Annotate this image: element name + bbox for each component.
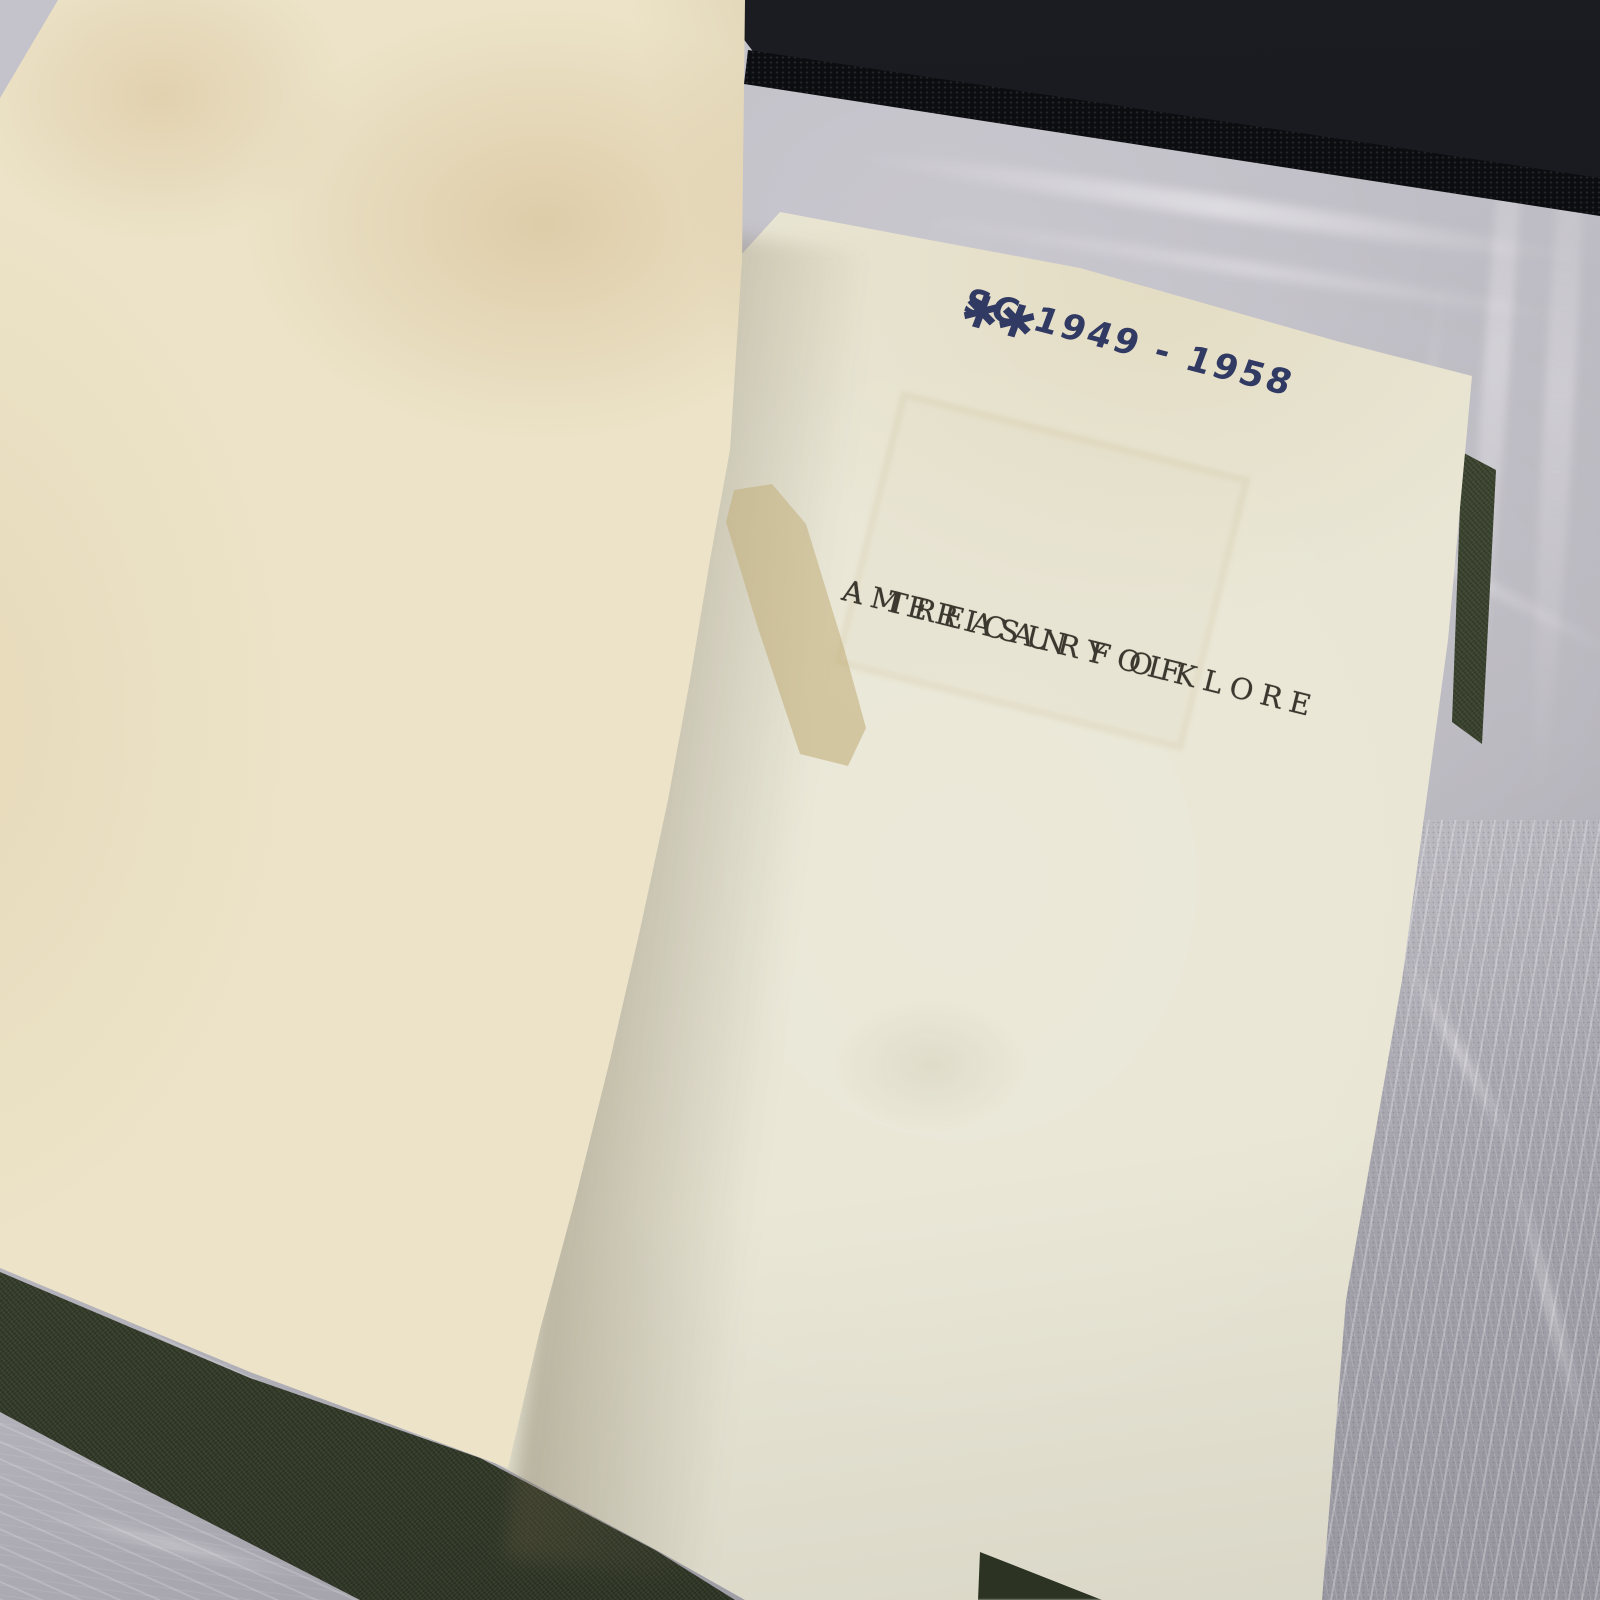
photo-canvas: ✱✱ SC 1949 - 1958 A TREASURY OF AMERICAN… [0, 0, 1600, 1600]
show-through-sketch [836, 1000, 1026, 1130]
